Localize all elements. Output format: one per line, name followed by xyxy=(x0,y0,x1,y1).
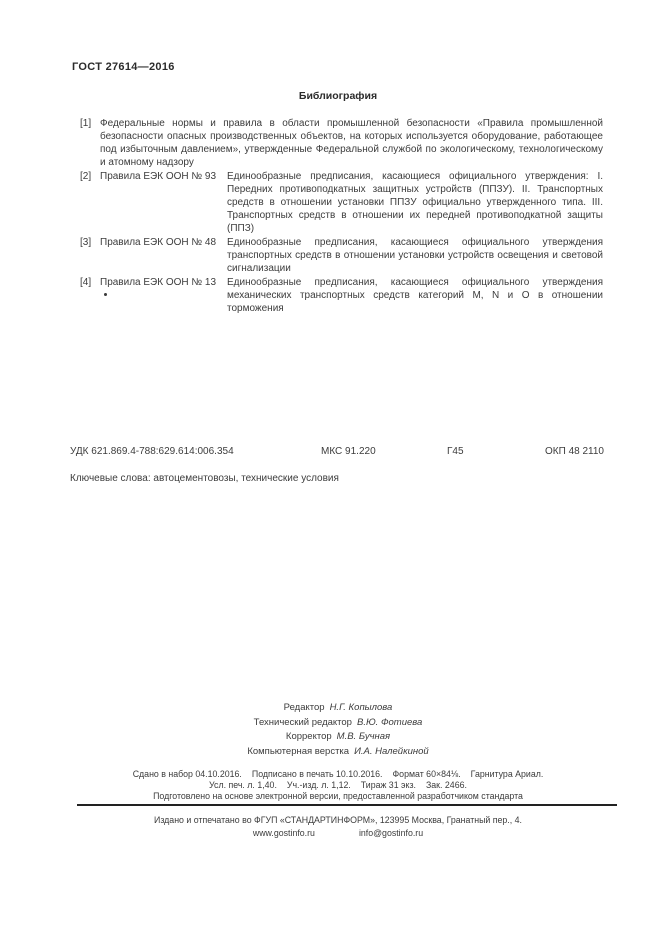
imprint-segment: Формат 60×84⅛. xyxy=(392,769,460,780)
document-page: ГОСТ 27614—2016 Библиография [1] Федерал… xyxy=(0,0,661,936)
staff-line: КорректорМ.В. Бучная xyxy=(72,730,604,745)
colophon-staff: РедакторН.Г. Копылова Технический редакт… xyxy=(72,701,604,759)
okp-code: ОКП 48 2110 xyxy=(545,446,604,457)
email-text: info@gostinfo.ru xyxy=(359,827,423,840)
divider-rule xyxy=(77,804,617,806)
scan-artifact-dot xyxy=(104,293,107,296)
imprint-segment: Гарнитура Ариал. xyxy=(471,769,544,780)
bibliography-list: [1] Федеральные нормы и правила в област… xyxy=(72,117,603,316)
entry-text: Единообразные предписания, касающиеся оф… xyxy=(227,276,603,315)
imprint-segment: Тираж 31 экз. xyxy=(361,780,416,791)
website-text: www.gostinfo.ru xyxy=(253,827,315,840)
staff-name: В.Ю. Фотиева xyxy=(357,717,422,728)
group-code: Г45 xyxy=(447,446,464,457)
entry-text: Единообразные предписания, касающиеся оф… xyxy=(227,236,603,275)
entry-number: [3] xyxy=(72,236,100,275)
entry-number: [1] xyxy=(72,117,100,169)
entry-number: [4] xyxy=(72,276,100,315)
entry-text: Федеральные нормы и правила в области пр… xyxy=(100,117,603,169)
imprint-line-1: Сдано в набор 04.10.2016. Подписано в пе… xyxy=(72,769,604,780)
section-title: Библиография xyxy=(72,90,604,102)
staff-name: Н.Г. Копылова xyxy=(330,702,393,713)
staff-role: Технический редактор xyxy=(254,717,352,728)
staff-role: Компьютерная верстка xyxy=(247,746,349,757)
imprint-block: Сдано в набор 04.10.2016. Подписано в пе… xyxy=(72,769,604,803)
entry-reference: Правила ЕЭК ООН № 93 xyxy=(100,170,227,235)
bibliography-entry: [1] Федеральные нормы и правила в област… xyxy=(72,117,603,169)
bibliography-entry: [4] Правила ЕЭК ООН № 13 Единообразные п… xyxy=(72,276,603,315)
entry-reference: Правила ЕЭК ООН № 13 xyxy=(100,276,227,315)
imprint-segment: Уч.-изд. л. 1,12. xyxy=(287,780,351,791)
imprint-segment: Усл. печ. л. 1,40. xyxy=(209,780,277,791)
publisher-address: Издано и отпечатано во ФГУП «СТАНДАРТИНФ… xyxy=(72,814,604,827)
imprint-line-2: Усл. печ. л. 1,40. Уч.-изд. л. 1,12. Тир… xyxy=(72,780,604,791)
staff-line: Компьютерная версткаИ.А. Налейкиной xyxy=(72,745,604,760)
bibliography-entry: [3] Правила ЕЭК ООН № 48 Единообразные п… xyxy=(72,236,603,275)
document-code: ГОСТ 27614—2016 xyxy=(72,61,175,73)
entry-reference: Правила ЕЭК ООН № 48 xyxy=(100,236,227,275)
staff-role: Редактор xyxy=(284,702,325,713)
staff-role: Корректор xyxy=(286,731,332,742)
imprint-segment: Сдано в набор 04.10.2016. xyxy=(133,769,242,780)
staff-line: Технический редакторВ.Ю. Фотиева xyxy=(72,716,604,731)
staff-name: И.А. Налейкиной xyxy=(354,746,429,757)
staff-name: М.В. Бучная xyxy=(337,731,390,742)
imprint-segment: Зак. 2466. xyxy=(426,780,467,791)
mks-code: МКС 91.220 xyxy=(321,446,376,457)
publisher-block: Издано и отпечатано во ФГУП «СТАНДАРТИНФ… xyxy=(72,814,604,840)
publisher-links: www.gostinfo.ru info@gostinfo.ru xyxy=(72,827,604,840)
entry-text: Единообразные предписания, касающиеся оф… xyxy=(227,170,603,235)
entry-number: [2] xyxy=(72,170,100,235)
staff-line: РедакторН.Г. Копылова xyxy=(72,701,604,716)
imprint-line-3: Подготовлено на основе электронной верси… xyxy=(72,791,604,802)
imprint-segment: Подписано в печать 10.10.2016. xyxy=(252,769,383,780)
keywords-line: Ключевые слова: автоцементовозы, техниче… xyxy=(70,473,339,484)
bibliography-entry: [2] Правила ЕЭК ООН № 93 Единообразные п… xyxy=(72,170,603,235)
udk-code: УДК 621.869.4-788:629.614:006.354 xyxy=(70,446,234,457)
